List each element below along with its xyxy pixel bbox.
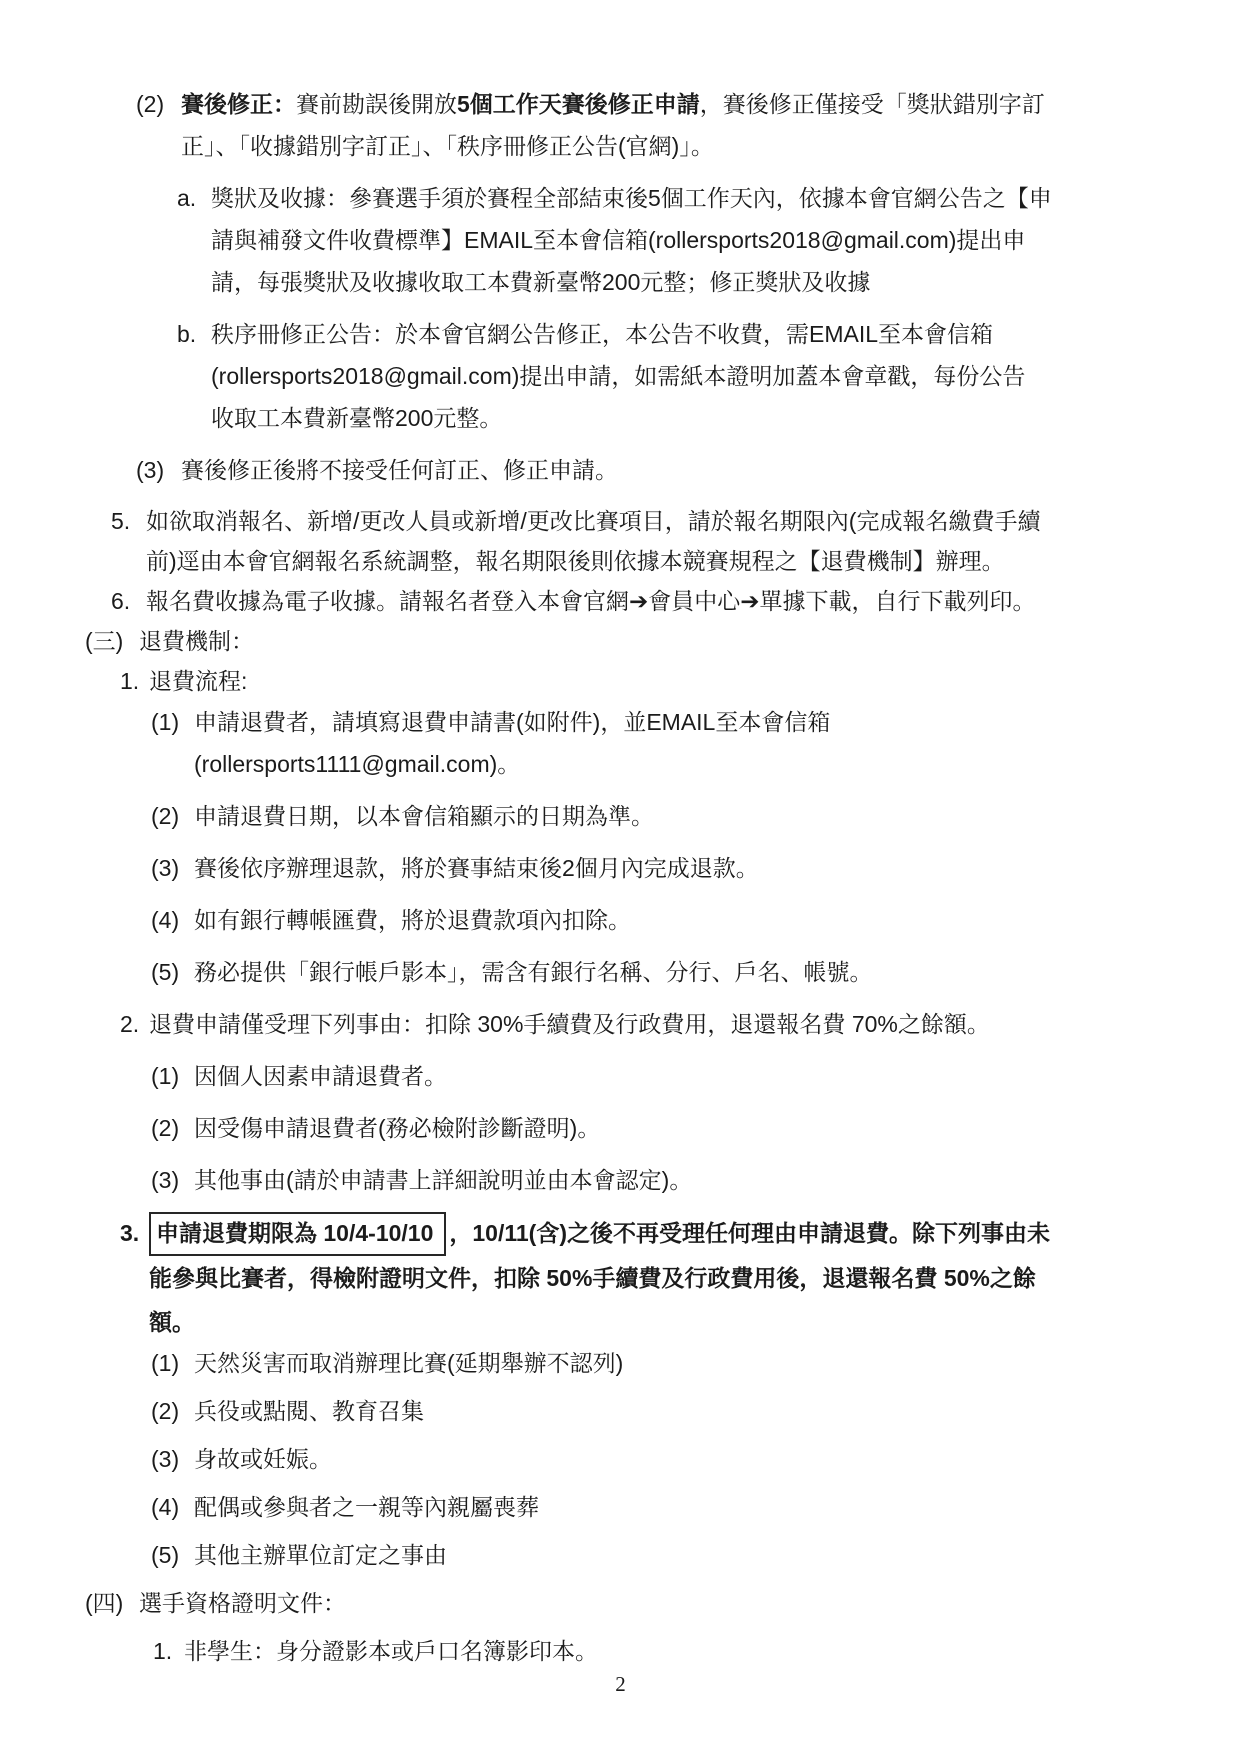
paragraph-text: 其他事由(請於申請書上詳細說明並由本會認定)。 — [194, 1159, 1201, 1201]
list-marker: 1. — [120, 661, 139, 701]
text-segment: 其他事由(請於申請書上詳細說明並由本會認定)。 — [194, 1167, 692, 1193]
paragraph: (1)因個人因素申請退費者。 — [0, 1055, 1201, 1097]
list-marker: (3) — [151, 1438, 179, 1480]
paragraph: 6.報名費收據為電子收據。請報名者登入本會官網➔會員中心➔單據下載，自行下載列印… — [0, 581, 1201, 621]
paragraph-text: 賽後修正後將不接受任何訂正、修正申請。 — [181, 449, 1201, 491]
list-marker: a. — [177, 177, 196, 219]
paragraph: (5)其他主辦單位訂定之事由 — [0, 1534, 1201, 1576]
boxed-text: 申請退費期限為 10/4-10/10 — [149, 1212, 446, 1256]
text-segment: 因受傷申請退費者(務必檢附診斷證明)。 — [194, 1115, 600, 1141]
text-segment: 賽後依序辦理退款，將於賽事結束後2個月內完成退款。 — [194, 855, 759, 881]
paragraph: (3)賽後依序辦理退款，將於賽事結束後2個月內完成退款。 — [0, 847, 1201, 889]
paragraph-text: 退費流程: — [149, 661, 1201, 701]
text-segment: 因個人因素申請退費者。 — [194, 1063, 447, 1089]
list-marker: (2) — [151, 1390, 179, 1432]
text-segment: 如有銀行轉帳匯費，將於退費款項內扣除。 — [194, 907, 631, 933]
list-marker: (四) — [85, 1582, 123, 1624]
text-segment: 申請退費者，請填寫退費申請書(如附件)，並EMAIL至本會信箱 (rollers… — [194, 709, 830, 777]
list-marker: (2) — [136, 83, 164, 125]
paragraph: a.獎狀及收據：參賽選手須於賽程全部結束後5個工作天內，依據本會官網公告之【申 … — [0, 177, 1201, 303]
text-segment: 申請退費日期，以本會信箱顯示的日期為準。 — [194, 803, 654, 829]
paragraph: (2)兵役或點閱、教育召集 — [0, 1390, 1201, 1432]
list-marker: (2) — [151, 795, 179, 837]
text-segment: 如欲取消報名、新增/更改人員或新增/更改比賽項目，請於報名期限內(完成報名繳費手… — [146, 508, 1040, 574]
paragraph: 3.申請退費期限為 10/4-10/10，10/11(含)之後不再受理任何理由申… — [0, 1211, 1201, 1344]
paragraph: (四)選手資格證明文件： — [0, 1582, 1201, 1624]
paragraph: 5.如欲取消報名、新增/更改人員或新增/更改比賽項目，請於報名期限內(完成報名繳… — [0, 501, 1201, 581]
list-marker: (三) — [85, 621, 123, 661]
list-marker: (3) — [151, 847, 179, 889]
text-segment: 務必提供「銀行帳戶影本」，需含有銀行名稱、分行、戶名、帳號。 — [194, 959, 873, 985]
text-segment: 獎狀及收據：參賽選手須於賽程全部結束後5個工作天內，依據本會官網公告之【申 請與… — [211, 185, 1052, 295]
list-marker: (2) — [151, 1107, 179, 1149]
paragraph: (3)身故或妊娠。 — [0, 1438, 1201, 1480]
text-segment: 秩序冊修正公告：於本會官網公告修正，本公告不收費，需EMAIL至本會信箱 (ro… — [211, 321, 1025, 431]
paragraph-text: 秩序冊修正公告：於本會官網公告修正，本公告不收費，需EMAIL至本會信箱 (ro… — [211, 313, 1201, 439]
list-marker: (1) — [151, 1055, 179, 1097]
paragraph-text: 非學生：身分證影本或戶口名簿影印本。 — [184, 1630, 1201, 1672]
paragraph-text: 賽後修正：賽前勘誤後開放5個工作天賽後修正申請，賽後修正僅接受「獎狀錯別字訂 正… — [181, 83, 1201, 167]
paragraph: b.秩序冊修正公告：於本會官網公告修正，本公告不收費，需EMAIL至本會信箱 (… — [0, 313, 1201, 439]
text-segment: 兵役或點閱、教育召集 — [194, 1398, 424, 1424]
text-segment: 非學生：身分證影本或戶口名簿影印本。 — [184, 1638, 598, 1664]
text-segment: 配偶或參與者之一親等內親屬喪葬 — [194, 1494, 539, 1520]
list-marker: 2. — [120, 1003, 139, 1045]
document-body: (2)賽後修正：賽前勘誤後開放5個工作天賽後修正申請，賽後修正僅接受「獎狀錯別字… — [0, 0, 1241, 1672]
paragraph-text: 報名費收據為電子收據。請報名者登入本會官網➔會員中心➔單據下載，自行下載列印。 — [146, 581, 1201, 621]
text-segment: 天然災害而取消辦理比賽(延期舉辦不認列) — [194, 1350, 623, 1376]
text-segment: 報名費收據為電子收據。請報名者登入本會官網➔會員中心➔單據下載，自行下載列印。 — [146, 588, 1036, 614]
paragraph: (三)退費機制： — [0, 621, 1201, 661]
paragraph-text: 如有銀行轉帳匯費，將於退費款項內扣除。 — [194, 899, 1201, 941]
paragraph: (3)其他事由(請於申請書上詳細說明並由本會認定)。 — [0, 1159, 1201, 1201]
text-segment: 其他主辦單位訂定之事由 — [194, 1542, 447, 1568]
paragraph-text: 天然災害而取消辦理比賽(延期舉辦不認列) — [194, 1342, 1201, 1384]
list-marker: (4) — [151, 1486, 179, 1528]
paragraph-text: 申請退費者，請填寫退費申請書(如附件)，並EMAIL至本會信箱 (rollers… — [194, 701, 1201, 785]
list-marker: (5) — [151, 951, 179, 993]
paragraph: (5)務必提供「銀行帳戶影本」，需含有銀行名稱、分行、戶名、帳號。 — [0, 951, 1201, 993]
list-marker: (3) — [151, 1159, 179, 1201]
text-segment: 退費流程: — [149, 668, 247, 694]
list-marker: (1) — [151, 701, 179, 743]
text-segment: 賽後修正： — [181, 91, 296, 117]
list-marker: (3) — [136, 449, 164, 491]
paragraph-text: 賽後依序辦理退款，將於賽事結束後2個月內完成退款。 — [194, 847, 1201, 889]
paragraph-text: 退費申請僅受理下列事由：扣除 30%手續費及行政費用，退還報名費 70%之餘額。 — [149, 1003, 1201, 1045]
paragraph-text: 兵役或點閱、教育召集 — [194, 1390, 1201, 1432]
paragraph: (1)申請退費者，請填寫退費申請書(如附件)，並EMAIL至本會信箱 (roll… — [0, 701, 1201, 785]
paragraph: (1)天然災害而取消辦理比賽(延期舉辦不認列) — [0, 1342, 1201, 1384]
paragraph-text: 務必提供「銀行帳戶影本」，需含有銀行名稱、分行、戶名、帳號。 — [194, 951, 1201, 993]
paragraph-text: 身故或妊娠。 — [194, 1438, 1201, 1480]
list-marker: 5. — [111, 501, 130, 541]
paragraph: 1.退費流程: — [0, 661, 1201, 701]
paragraph: 2.退費申請僅受理下列事由：扣除 30%手續費及行政費用，退還報名費 70%之餘… — [0, 1003, 1201, 1045]
list-marker: b. — [177, 313, 196, 355]
text-segment: 賽前勘誤後開放 — [296, 91, 457, 117]
list-marker: (1) — [151, 1342, 179, 1384]
text-segment: 退費申請僅受理下列事由：扣除 30%手續費及行政費用，退還報名費 70%之餘額。 — [149, 1011, 990, 1037]
text-segment: 賽後修正後將不接受任何訂正、修正申請。 — [181, 457, 618, 483]
page-footer: 2 — [0, 1672, 1241, 1697]
paragraph-text: 申請退費期限為 10/4-10/10，10/11(含)之後不再受理任何理由申請退… — [149, 1211, 1201, 1344]
paragraph-text: 其他主辦單位訂定之事由 — [194, 1534, 1201, 1576]
paragraph-text: 如欲取消報名、新增/更改人員或新增/更改比賽項目，請於報名期限內(完成報名繳費手… — [146, 501, 1201, 581]
list-marker: 3. — [120, 1211, 139, 1255]
paragraph-text: 退費機制： — [139, 621, 1201, 661]
text-segment: 退費機制： — [139, 628, 254, 654]
paragraph-text: 選手資格證明文件： — [139, 1582, 1201, 1624]
paragraph: 1.非學生：身分證影本或戶口名簿影印本。 — [0, 1630, 1201, 1672]
paragraph-text: 獎狀及收據：參賽選手須於賽程全部結束後5個工作天內，依據本會官網公告之【申 請與… — [211, 177, 1201, 303]
list-marker: (5) — [151, 1534, 179, 1576]
paragraph-text: 因受傷申請退費者(務必檢附診斷證明)。 — [194, 1107, 1201, 1149]
text-segment: 5個工作天賽後修正申請 — [457, 91, 700, 117]
paragraph-text: 因個人因素申請退費者。 — [194, 1055, 1201, 1097]
text-segment: 身故或妊娠。 — [194, 1446, 332, 1472]
list-marker: (4) — [151, 899, 179, 941]
paragraph: (2)申請退費日期，以本會信箱顯示的日期為準。 — [0, 795, 1201, 837]
paragraph: (4)如有銀行轉帳匯費，將於退費款項內扣除。 — [0, 899, 1201, 941]
paragraph: (2)賽後修正：賽前勘誤後開放5個工作天賽後修正申請，賽後修正僅接受「獎狀錯別字… — [0, 83, 1201, 167]
list-marker: 6. — [111, 581, 130, 621]
paragraph: (3)賽後修正後將不接受任何訂正、修正申請。 — [0, 449, 1201, 491]
paragraph: (4)配偶或參與者之一親等內親屬喪葬 — [0, 1486, 1201, 1528]
text-segment: 選手資格證明文件： — [139, 1590, 346, 1616]
paragraph-text: 申請退費日期，以本會信箱顯示的日期為準。 — [194, 795, 1201, 837]
paragraph: (2)因受傷申請退費者(務必檢附診斷證明)。 — [0, 1107, 1201, 1149]
paragraph-text: 配偶或參與者之一親等內親屬喪葬 — [194, 1486, 1201, 1528]
page-number: 2 — [615, 1672, 626, 1696]
list-marker: 1. — [153, 1630, 172, 1672]
document-page: (2)賽後修正：賽前勘誤後開放5個工作天賽後修正申請，賽後修正僅接受「獎狀錯別字… — [0, 0, 1241, 1755]
